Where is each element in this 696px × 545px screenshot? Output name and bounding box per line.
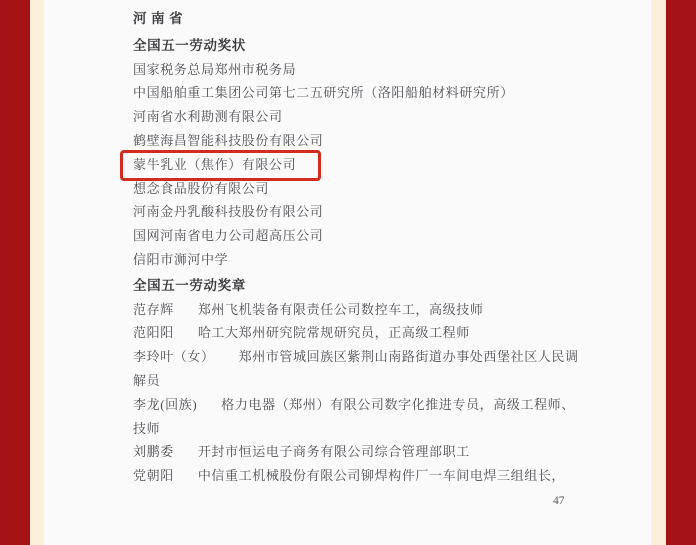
company-name: 国家税务总局郑州市税务局 (133, 62, 296, 77)
province-heading: 河 南 省 (133, 7, 617, 31)
recipient-name: 李龙(回族) (133, 397, 197, 412)
recipient-name: 李玲叶（女） (133, 349, 215, 364)
recipient-description: 开封市恒运电子商务有限公司综合管理部职工 (198, 444, 470, 459)
company-item: 河南省水利勘测有限公司 (133, 105, 617, 129)
left-cream-border (30, 0, 44, 545)
document-page: 河 南 省 全国五一劳动奖状 国家税务总局郑州市税务局 中国船舶重工集团公司第七… (44, 0, 651, 545)
medal-entry: 李玲叶（女）郑州市管城回族区紫荆山南路街道办事处西堡社区人民调 解员 (133, 345, 617, 393)
medal-entry: 刘鹏委开封市恒运电子商务有限公司综合管理部职工 (133, 440, 617, 464)
certificate-section-title: 全国五一劳动奖状 (133, 34, 617, 58)
medal-entry: 党朝阳中信重工机械股份有限公司铆焊构件厂一车间电焊三组组长， (133, 464, 617, 488)
medal-section-title: 全国五一劳动奖章 (133, 274, 617, 298)
medal-entry: 范阳阳哈工大郑州研究院常规研究员，正高级工程师 (133, 321, 617, 345)
recipient-name: 刘鹏委 (133, 444, 174, 459)
recipient-description: 哈工大郑州研究院常规研究员，正高级工程师 (198, 325, 470, 340)
recipient-description: 格力电器（郑州）有限公司数字化推进专员，高级工程师、 技师 (133, 397, 575, 436)
right-cream-border (651, 0, 666, 545)
company-item: 想念食品股份有限公司 (133, 177, 617, 201)
company-item: 信阳市浉河中学 (133, 248, 617, 272)
page-content: 河 南 省 全国五一劳动奖状 国家税务总局郑州市税务局 中国船舶重工集团公司第七… (133, 7, 617, 488)
recipient-name: 党朝阳 (133, 468, 174, 483)
company-name: 想念食品股份有限公司 (133, 181, 269, 196)
recipient-name: 范阳阳 (133, 325, 174, 340)
company-name: 国网河南省电力公司超高压公司 (133, 228, 323, 243)
company-name: 河南省水利勘测有限公司 (133, 109, 283, 124)
company-item: 中国船舶重工集团公司第七二五研究所（洛阳船舶材料研究所） (133, 81, 617, 105)
left-red-border (0, 0, 30, 545)
right-red-border (666, 0, 696, 545)
company-item: 蒙牛乳业（焦作）有限公司 (133, 153, 617, 177)
company-item: 河南金丹乳酸科技股份有限公司 (133, 200, 617, 224)
medal-entry: 范存辉郑州飞机装备有限责任公司数控车工，高级技师 (133, 298, 617, 322)
company-item: 国网河南省电力公司超高压公司 (133, 224, 617, 248)
recipient-name: 范存辉 (133, 302, 174, 317)
company-name: 河南金丹乳酸科技股份有限公司 (133, 204, 323, 219)
certificate-section: 全国五一劳动奖状 国家税务总局郑州市税务局 中国船舶重工集团公司第七二五研究所（… (133, 34, 617, 272)
recipient-description: 郑州飞机装备有限责任公司数控车工，高级技师 (198, 302, 484, 317)
company-name: 信阳市浉河中学 (133, 252, 228, 267)
company-item: 国家税务总局郑州市税务局 (133, 58, 617, 82)
company-name: 中国船舶重工集团公司第七二五研究所（洛阳船舶材料研究所） (133, 85, 514, 100)
medal-entry: 李龙(回族)格力电器（郑州）有限公司数字化推进专员，高级工程师、 技师 (133, 393, 617, 441)
medal-section: 全国五一劳动奖章 范存辉郑州飞机装备有限责任公司数控车工，高级技师 范阳阳哈工大… (133, 274, 617, 488)
certificate-list: 国家税务总局郑州市税务局 中国船舶重工集团公司第七二五研究所（洛阳船舶材料研究所… (133, 58, 617, 272)
medal-list: 范存辉郑州飞机装备有限责任公司数控车工，高级技师 范阳阳哈工大郑州研究院常规研究… (133, 298, 617, 488)
page-number: 47 (553, 490, 565, 514)
company-name: 鹤壁海昌智能科技股份有限公司 (133, 133, 323, 148)
recipient-description: 中信重工机械股份有限公司铆焊构件厂一车间电焊三组组长， (198, 468, 565, 483)
